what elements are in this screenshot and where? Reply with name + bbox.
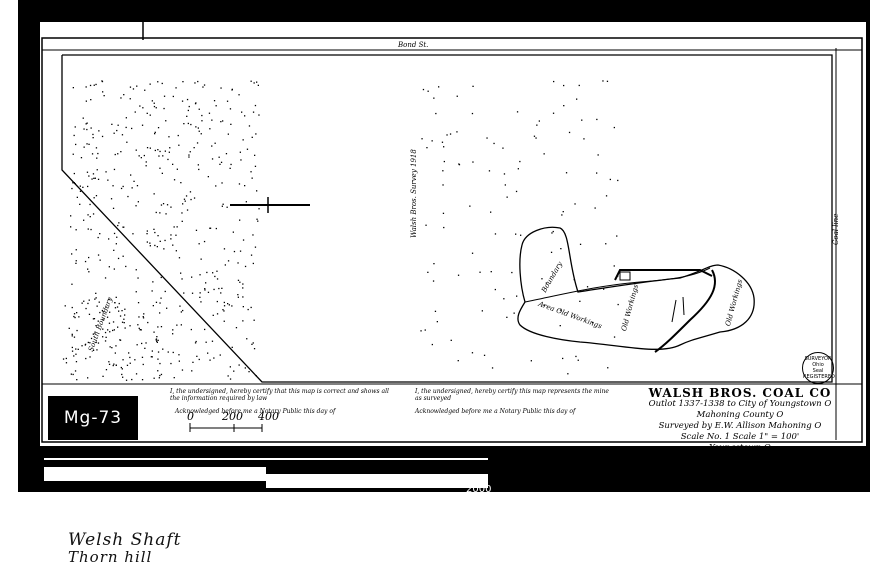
title-line-2: Mahoning County O — [630, 410, 850, 421]
affidavit-right-ack: Acknowledged before me a Notary Public t… — [415, 408, 615, 415]
road-label: Bond St. — [398, 41, 428, 49]
title-line-3: Surveyed by E.W. Allison Mahoning O — [630, 421, 850, 432]
company-name: WALSH BROS. COAL CO — [630, 388, 850, 399]
scanned-map-page: 0 2000 Mg-73 Bond St. Walsh Bros. Survey… — [0, 0, 876, 576]
frame-scale-bar-segment — [44, 467, 266, 481]
surveyor-seal: SURVEYOR Ohio Seal REGISTERED — [802, 352, 834, 384]
frame-scale-start: 0 — [41, 494, 46, 504]
title-line-4: Scale No. 1 Scale 1" = 100' — [630, 432, 850, 443]
sheet-id-label: Mg-73 — [48, 396, 138, 440]
right-boundary-label: Coal line — [832, 214, 840, 245]
affidavit-left-ack: Acknowledged before me a Notary Public t… — [175, 408, 395, 415]
seal-text: REGISTERED — [803, 374, 833, 380]
map-linework — [0, 0, 876, 576]
handwritten-note: Welsh Shaft — [68, 530, 182, 550]
frame-scale-bar-segment — [266, 474, 488, 488]
handwritten-note: Thorn hill — [68, 548, 152, 566]
affidavit-left-text: I, the undersigned, hereby certify that … — [170, 388, 390, 402]
frame-scale-line — [44, 458, 488, 460]
scale-tick-400: 400 — [258, 410, 279, 423]
scale-tick-200: 200 — [222, 410, 243, 423]
title-block: WALSH BROS. COAL CO Outlot 1337-1338 to … — [630, 388, 850, 454]
affidavit-right-text: I, the undersigned, hereby certify this … — [415, 388, 615, 402]
title-line-5: Youngstown O — [630, 443, 850, 454]
center-survey-label: Walsh Bros. Survey 1918 — [410, 149, 418, 238]
frame-scale-end: 2000 — [466, 484, 491, 495]
scale-tick-0: 0 — [187, 410, 194, 423]
title-line-1: Outlot 1337-1338 to City of Youngstown O — [630, 399, 850, 410]
